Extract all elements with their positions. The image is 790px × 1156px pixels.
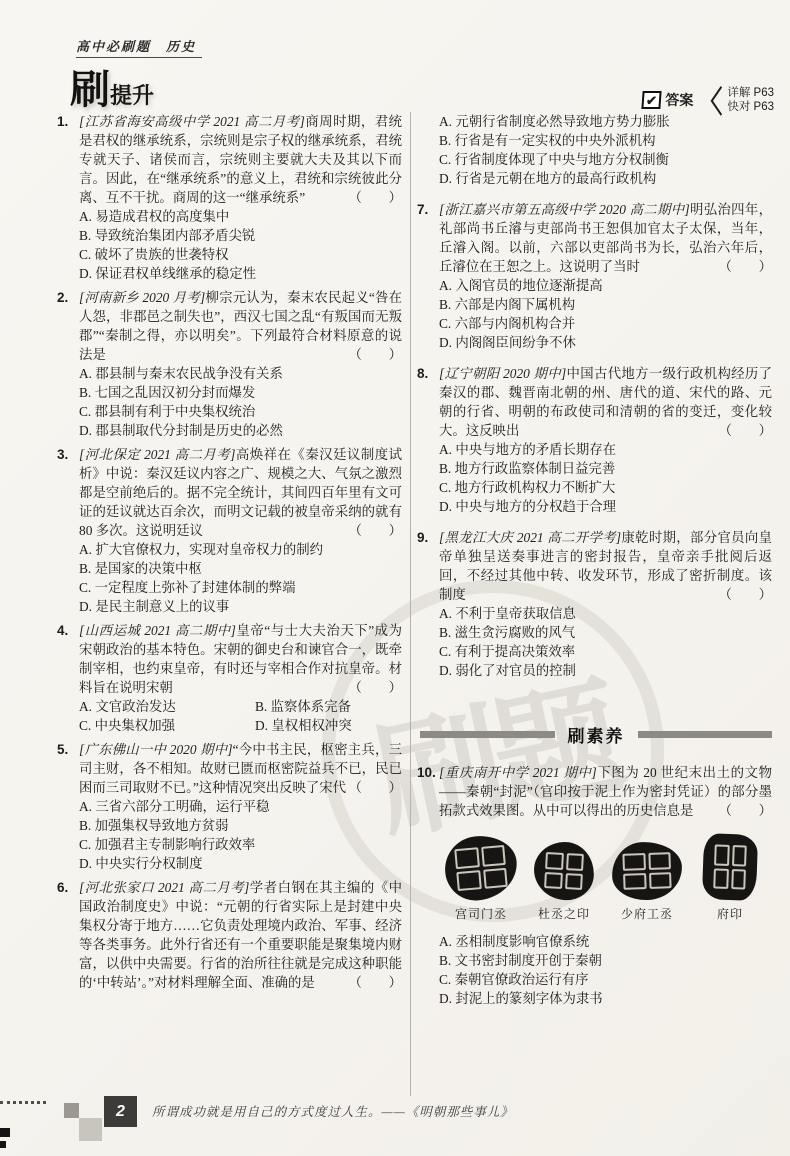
answer-blank-paren: （ ） — [718, 585, 772, 604]
option-d: D. 保证君权单线继承的稳定性 — [79, 264, 402, 283]
option-d: D. 中央实行分权制度 — [79, 854, 402, 873]
question-number: 7. — [417, 200, 428, 219]
question-source: [黑龙江大庆 2021 高二开学考] — [439, 530, 621, 545]
section-boost-title-char: 刷 — [70, 68, 110, 112]
option-b: B. 加强集权导致地方贫弱 — [79, 816, 402, 835]
answer-blank-paren: （ ） — [718, 421, 772, 440]
seal-rubbings-figure: 宫司门丞 杜丞之印 少府工丞 府印 — [441, 830, 770, 924]
question-options: A. 郡县制与秦末农民战争没有关系 B. 七国之乱因汉初分封而爆发 C. 郡县制… — [79, 364, 402, 440]
answer-key-reference: ✔ 答案 〈 详解 P63 快对 P63 — [642, 82, 774, 117]
question-source: [浙江嘉兴市第五高级中学 2020 高二期中] — [439, 202, 690, 217]
option-a: A. 扩大官僚权力，实现对皇帝权力的制约 — [79, 540, 402, 559]
question-3: 3. [河北保定 2021 高二月考]高焕祥在《秦汉廷议制度试析》中说：秦汉廷议… — [60, 445, 402, 616]
option-a: A. 文官政治发达 — [79, 697, 255, 716]
question-2: 2. [河南新乡 2020 月考]柳宗元认为，秦末农民起义“咎在人怨，非郡邑之制… — [60, 288, 402, 440]
question-number: 10. — [417, 763, 436, 782]
footer-deco-square-small — [64, 1103, 79, 1118]
question-options: A. 入阁官员的地位逐渐提高 B. 六部是内阁下属机构 C. 六部与内阁机构合并… — [439, 276, 772, 352]
divider-bar-right — [638, 731, 773, 738]
question-source: [河北张家口 2021 高二月考] — [79, 880, 249, 895]
section-literacy-divider: 刷素养 — [420, 722, 772, 747]
question-options: A. 文官政治发达 B. 监察体系完备 C. 中央集权加强 D. 皇权相权冲突 — [79, 697, 402, 735]
option-c: C. 中央集权加强 — [79, 716, 255, 735]
question-number: 9. — [417, 528, 428, 547]
seal-item: 少府工丞 — [607, 830, 687, 924]
option-d: D. 弱化了对官员的控制 — [439, 661, 772, 680]
divider-bar-left — [420, 731, 555, 738]
question-1: 1. [江苏省海安高级中学 2021 高二月考]商周时期，君统是君权的继承统系，… — [60, 112, 402, 283]
answer-detail-ref: 详解 P63 — [727, 86, 774, 100]
answer-blank-paren: （ ） — [348, 778, 402, 797]
question-number: 4. — [57, 621, 68, 640]
option-b: B. 六部是内阁下属机构 — [439, 295, 772, 314]
answer-blank-paren: （ ） — [348, 678, 402, 697]
option-b: B. 导致统治集团内部矛盾尖锐 — [79, 226, 402, 245]
answer-blank-paren: （ ） — [348, 973, 402, 992]
question-source: [河北保定 2021 高二月考] — [79, 447, 235, 462]
seal-item: 宫司门丞 — [441, 830, 521, 924]
option-a: A. 入阁官员的地位逐渐提高 — [439, 276, 772, 295]
angle-bracket-icon: 〈 — [698, 78, 722, 122]
question-number: 6. — [57, 878, 68, 897]
seal-caption: 少府工丞 — [607, 905, 687, 924]
option-b: B. 七国之乱因汉初分封而爆发 — [79, 383, 402, 402]
option-b: B. 地方行政监察体制日益完善 — [439, 459, 772, 478]
question-body: [辽宁朝阳 2020 期中]中国古代地方一级行政机构经历了秦汉的郡、魏晋南北朝的… — [439, 364, 772, 440]
question-options: A. 不利于皇帝获取信息 B. 滋生贪污腐败的风气 C. 有利于提高决策效率 D… — [439, 604, 772, 680]
footer-quote: 所谓成功就是用自己的方式度过人生。——《明朝那些事儿》 — [152, 1102, 514, 1120]
question-source: [山西运城 2021 高二期中] — [79, 623, 236, 638]
answer-label: 答案 — [665, 90, 693, 110]
seal-rubbing-image — [690, 830, 770, 900]
question-body: [山西运城 2021 高二期中]皇帝“与士大夫治天下”成为宋朝政治的基本特色。宋… — [79, 621, 402, 697]
option-c: C. 地方行政机构权力不断扩大 — [439, 478, 772, 497]
question-options: A. 元朝行省制度必然导致地方势力膨胀 B. 行省是有一定实权的中央外派机构 C… — [439, 112, 772, 188]
question-options: A. 丞相制度影响官僚系统 B. 文书密封制度开创于秦朝 C. 秦朝官僚政治运行… — [439, 932, 772, 1008]
seal-rubbing-image — [607, 830, 687, 900]
answer-blank-paren: （ ） — [348, 521, 402, 540]
question-body: [重庆南开中学 2021 期中]下图为 20 世纪末出土的文物——秦朝“封泥”（… — [439, 763, 772, 820]
question-source: [广东佛山一中 2020 期中] — [79, 742, 233, 757]
question-source: [辽宁朝阳 2020 期中] — [439, 366, 566, 381]
option-a: A. 不利于皇帝获取信息 — [439, 604, 772, 623]
seal-caption: 杜丞之印 — [524, 905, 604, 924]
question-6-options: A. 元朝行省制度必然导致地方势力膨胀 B. 行省是有一定实权的中央外派机构 C… — [420, 112, 772, 188]
question-5: 5. [广东佛山一中 2020 期中]“今中书主民，枢密主兵，三司主财，各不相知… — [60, 740, 402, 873]
option-a: A. 三省六部分工明确，运行平稳 — [79, 797, 402, 816]
checkbox-check-icon: ✔ — [642, 91, 662, 109]
option-d: D. 封泥上的篆刻字体为隶书 — [439, 989, 772, 1008]
question-options: A. 三省六部分工明确，运行平稳 B. 加强集权导致地方贫弱 C. 加强君主专制… — [79, 797, 402, 873]
question-number: 3. — [57, 445, 68, 464]
question-source: [重庆南开中学 2021 期中] — [439, 765, 597, 780]
option-a: A. 中央与地方的矛盾长期存在 — [439, 440, 772, 459]
answer-blank-paren: （ ） — [348, 345, 402, 364]
seal-caption: 宫司门丞 — [441, 905, 521, 924]
footer-dotted-rule — [0, 1101, 46, 1104]
seal-item: 府印 — [690, 830, 770, 924]
question-number: 5. — [57, 740, 68, 759]
answer-quick-ref: 快对 P63 — [727, 100, 774, 114]
seal-caption: 府印 — [690, 905, 770, 924]
option-b: B. 滋生贪污腐败的风气 — [439, 623, 772, 642]
question-body: [广东佛山一中 2020 期中]“今中书主民，枢密主兵，三司主财，各不相知。故财… — [79, 740, 402, 797]
option-b: B. 行省是有一定实权的中央外派机构 — [439, 131, 772, 150]
binding-mark — [0, 1128, 10, 1137]
option-d: D. 是民主制意义上的议事 — [79, 597, 402, 616]
seal-rubbing-image — [524, 830, 604, 900]
question-body: [河南新乡 2020 月考]柳宗元认为，秦末农民起义“咎在人怨，非郡邑之制失也”… — [79, 288, 402, 364]
section-boost-title-rest: 提升 — [110, 83, 154, 108]
question-source: [河南新乡 2020 月考] — [79, 290, 205, 305]
option-d: D. 中央与地方的分权趋于合理 — [439, 497, 772, 516]
option-b: B. 文书密封制度开创于秦朝 — [439, 951, 772, 970]
question-body: [江苏省海安高级中学 2021 高二月考]商周时期，君统是君权的继承统系，宗统则… — [79, 112, 402, 207]
answer-page-refs: 详解 P63 快对 P63 — [727, 86, 774, 114]
option-d: D. 行省是元朝在地方的最高行政机构 — [439, 169, 772, 188]
section-literacy-title: 刷素养 — [568, 722, 625, 747]
question-body: [河北保定 2021 高二月考]高焕祥在《秦汉廷议制度试析》中说：秦汉廷议内容之… — [79, 445, 402, 540]
question-options: A. 扩大官僚权力，实现对皇帝权力的制约 B. 是国家的决策中枢 C. 一定程度… — [79, 540, 402, 616]
seal-rubbing-image — [441, 830, 521, 900]
left-column: 1. [江苏省海安高级中学 2021 高二月考]商周时期，君统是君权的继承统系，… — [60, 112, 402, 1096]
option-b: B. 监察体系完备 — [255, 697, 402, 716]
option-a: A. 易造成君权的高度集中 — [79, 207, 402, 226]
page-number-badge: 2 — [104, 1096, 137, 1127]
question-source: [江苏省海安高级中学 2021 高二月考] — [79, 114, 305, 129]
question-options: A. 中央与地方的矛盾长期存在 B. 地方行政监察体制日益完善 C. 地方行政机… — [439, 440, 772, 516]
right-column: A. 元朝行省制度必然导致地方势力膨胀 B. 行省是有一定实权的中央外派机构 C… — [410, 112, 772, 1096]
option-c: C. 秦朝官僚政治运行有序 — [439, 970, 772, 989]
option-b: B. 是国家的决策中枢 — [79, 559, 402, 578]
seal-item: 杜丞之印 — [524, 830, 604, 924]
two-column-body: 1. [江苏省海安高级中学 2021 高二月考]商周时期，君统是君权的继承统系，… — [60, 112, 772, 1096]
option-d: D. 内阁阁臣间纷争不休 — [439, 333, 772, 352]
book-title-header: 高中必刷题 历史 — [76, 36, 202, 58]
option-c: C. 破坏了贵族的世袭特权 — [79, 245, 402, 264]
question-7: 7. [浙江嘉兴市第五高级中学 2020 高二期中]明弘治四年，礼部尚书丘濬与吏… — [420, 200, 772, 352]
option-c: C. 加强君主专制影响行政效率 — [79, 835, 402, 854]
question-6-stem: 6. [河北张家口 2021 高二月考]学者白钢在其主编的《中国政治制度史》中说… — [60, 878, 402, 992]
workbook-page: 高中必刷题 历史 刷提升 ✔ 答案 〈 详解 P63 快对 P63 刷题 1. … — [0, 0, 790, 1156]
option-c: C. 行省制度体现了中央与地方分权制衡 — [439, 150, 772, 169]
option-d: D. 郡县制取代分封制是历史的必然 — [79, 421, 402, 440]
question-body: [河北张家口 2021 高二月考]学者白钢在其主编的《中国政治制度史》中说：“元… — [79, 878, 402, 992]
question-number: 1. — [57, 112, 68, 131]
question-body: [黑龙江大庆 2021 高二开学考]康乾时期，部分官员向皇帝单独呈送奏事进言的密… — [439, 528, 772, 604]
question-number: 2. — [57, 288, 68, 307]
option-a: A. 郡县制与秦末农民战争没有关系 — [79, 364, 402, 383]
question-number: 8. — [417, 364, 428, 383]
option-c: C. 一定程度上弥补了封建体制的弊端 — [79, 578, 402, 597]
answer-blank-paren: （ ） — [718, 257, 772, 276]
question-9: 9. [黑龙江大庆 2021 高二开学考]康乾时期，部分官员向皇帝单独呈送奏事进… — [420, 528, 772, 680]
question-4: 4. [山西运城 2021 高二期中]皇帝“与士大夫治天下”成为宋朝政治的基本特… — [60, 621, 402, 735]
option-c: C. 郡县制有利于中央集权统治 — [79, 402, 402, 421]
question-8: 8. [辽宁朝阳 2020 期中]中国古代地方一级行政机构经历了秦汉的郡、魏晋南… — [420, 364, 772, 516]
option-a: A. 丞相制度影响官僚系统 — [439, 932, 772, 951]
question-body: [浙江嘉兴市第五高级中学 2020 高二期中]明弘治四年，礼部尚书丘濬与吏部尚书… — [439, 200, 772, 276]
option-c: C. 六部与内阁机构合并 — [439, 314, 772, 333]
question-options: A. 易造成君权的高度集中 B. 导致统治集团内部矛盾尖锐 C. 破坏了贵族的世… — [79, 207, 402, 283]
binding-mark — [0, 1141, 6, 1148]
question-10: 10. [重庆南开中学 2021 期中]下图为 20 世纪末出土的文物——秦朝“… — [420, 763, 772, 1008]
option-c: C. 有利于提高决策效率 — [439, 642, 772, 661]
option-d: D. 皇权相权冲突 — [255, 716, 402, 735]
footer-deco-square-large — [79, 1118, 102, 1141]
answer-blank-paren: （ ） — [718, 801, 772, 820]
section-boost-title: 刷提升 — [70, 58, 154, 115]
answer-blank-paren: （ ） — [348, 188, 402, 207]
